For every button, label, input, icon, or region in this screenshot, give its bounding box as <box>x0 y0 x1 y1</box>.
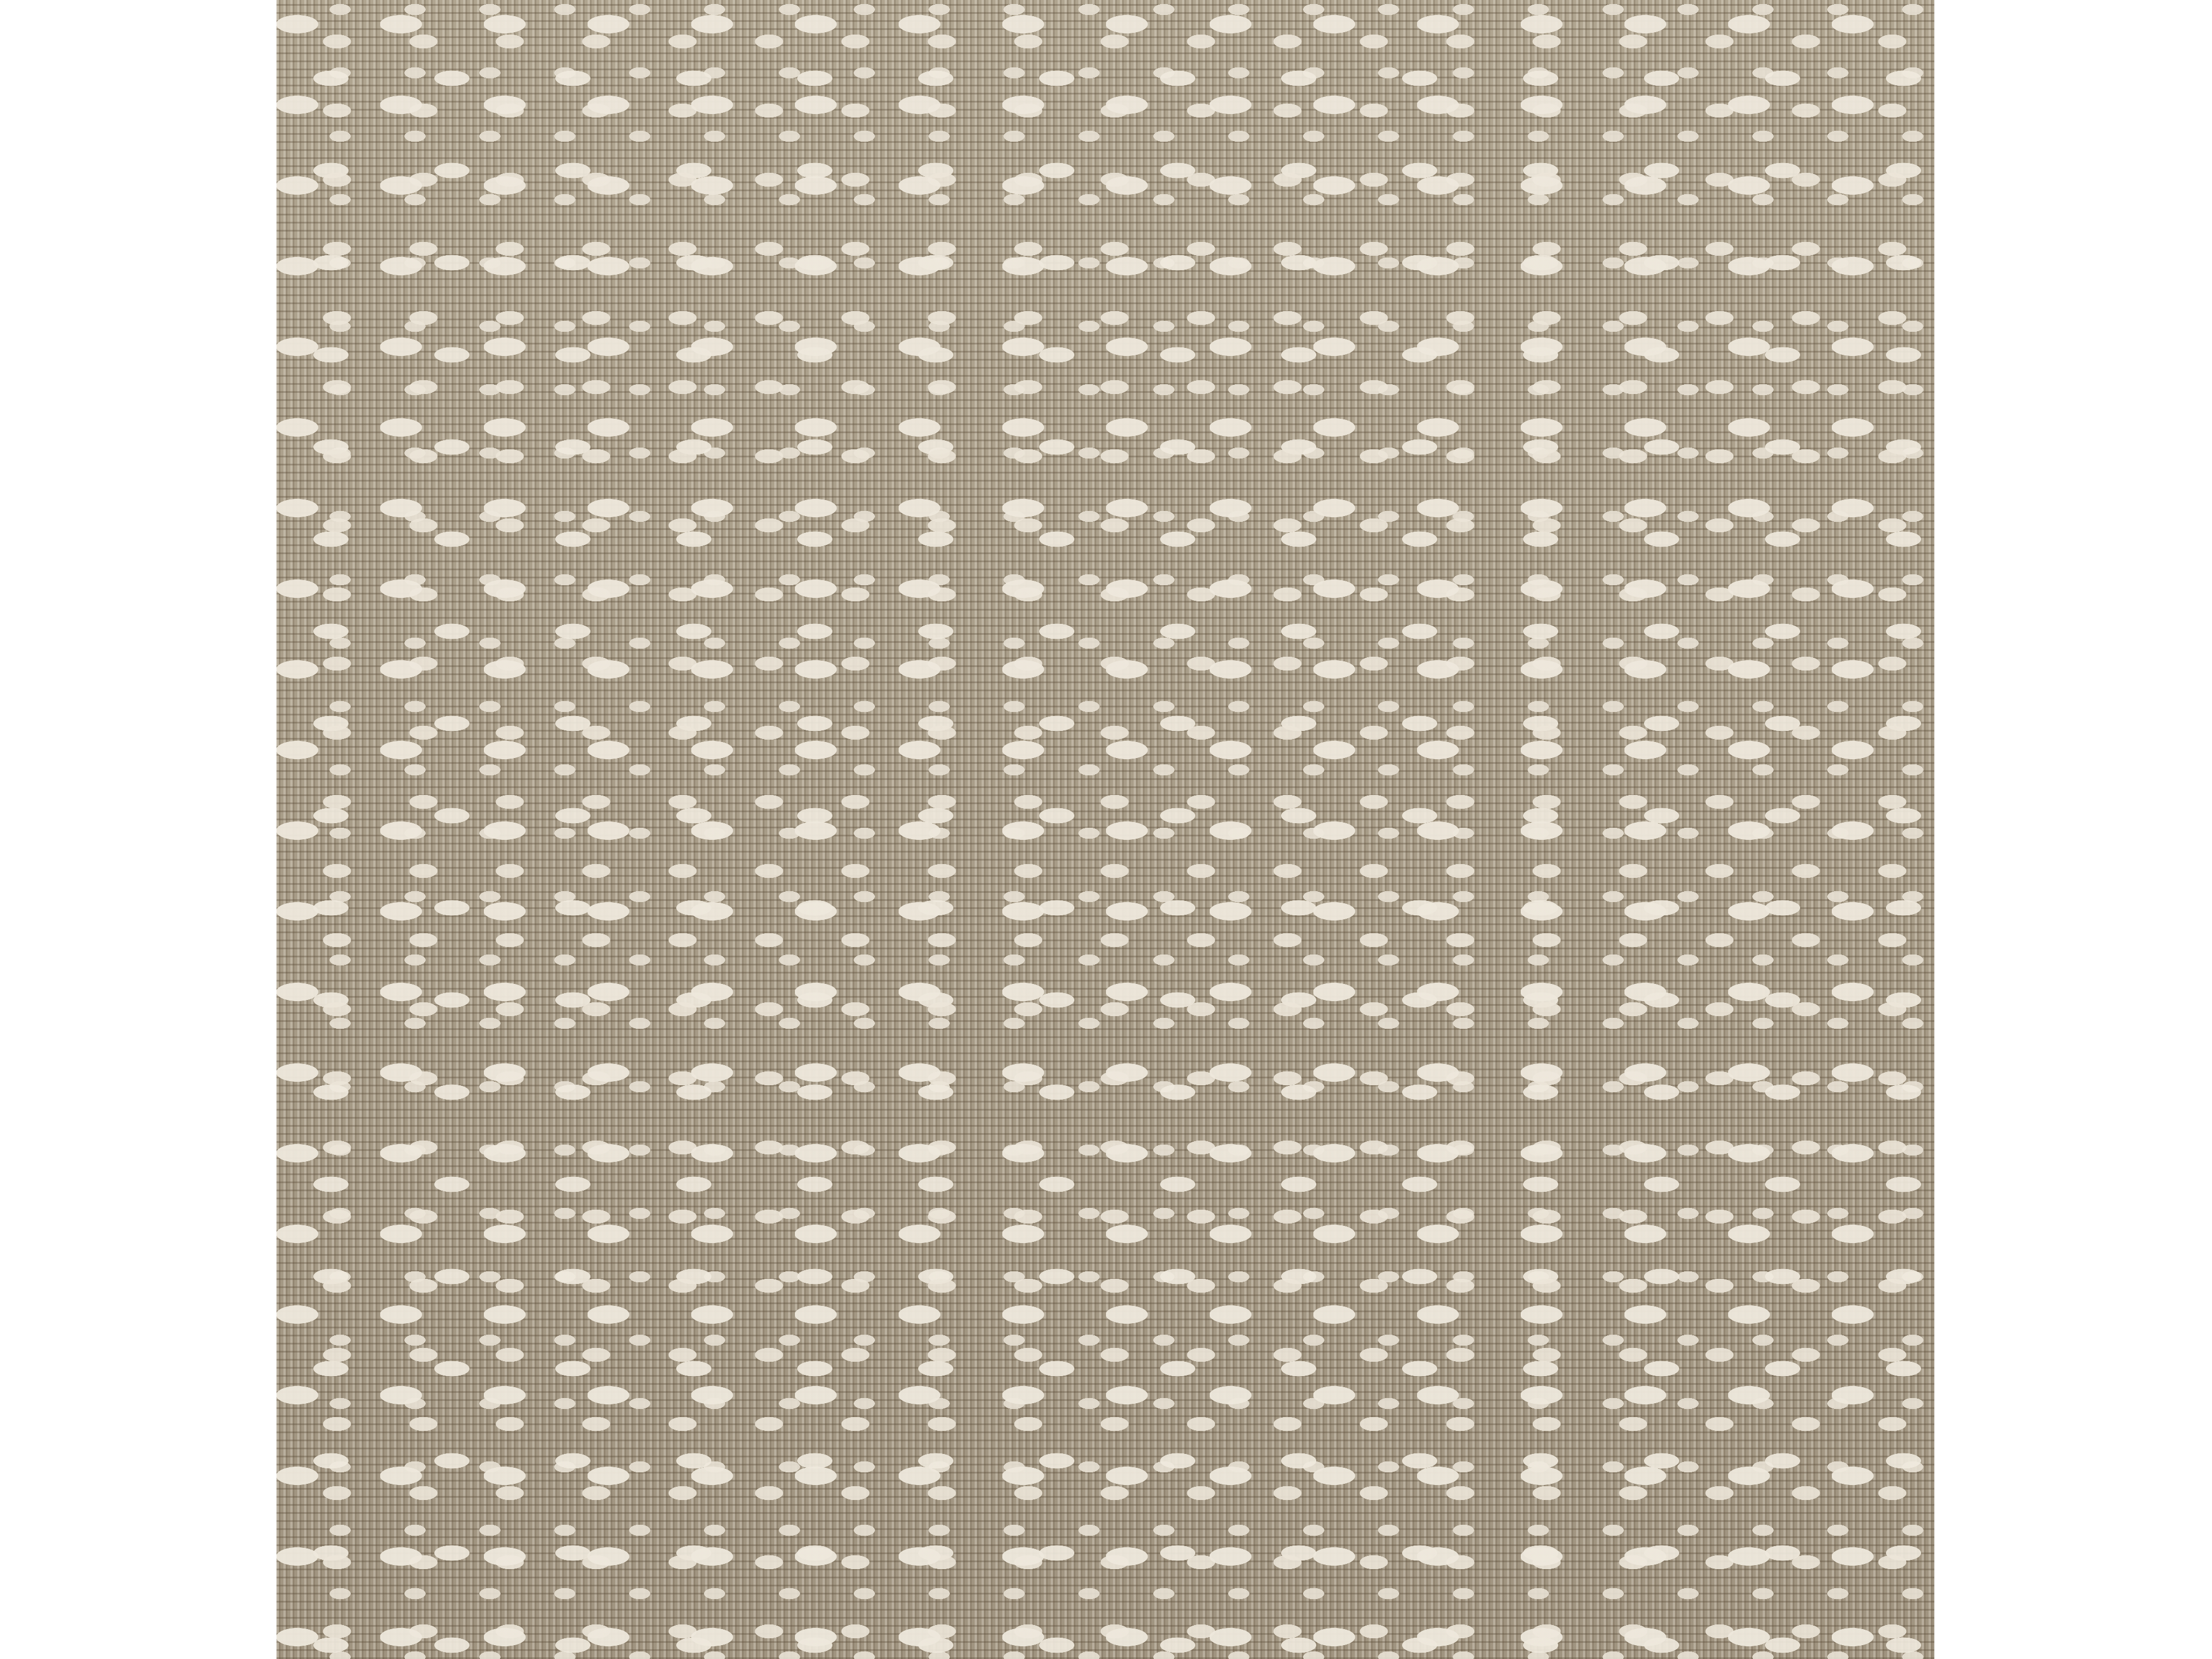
fabric-swatch <box>276 0 1934 1659</box>
